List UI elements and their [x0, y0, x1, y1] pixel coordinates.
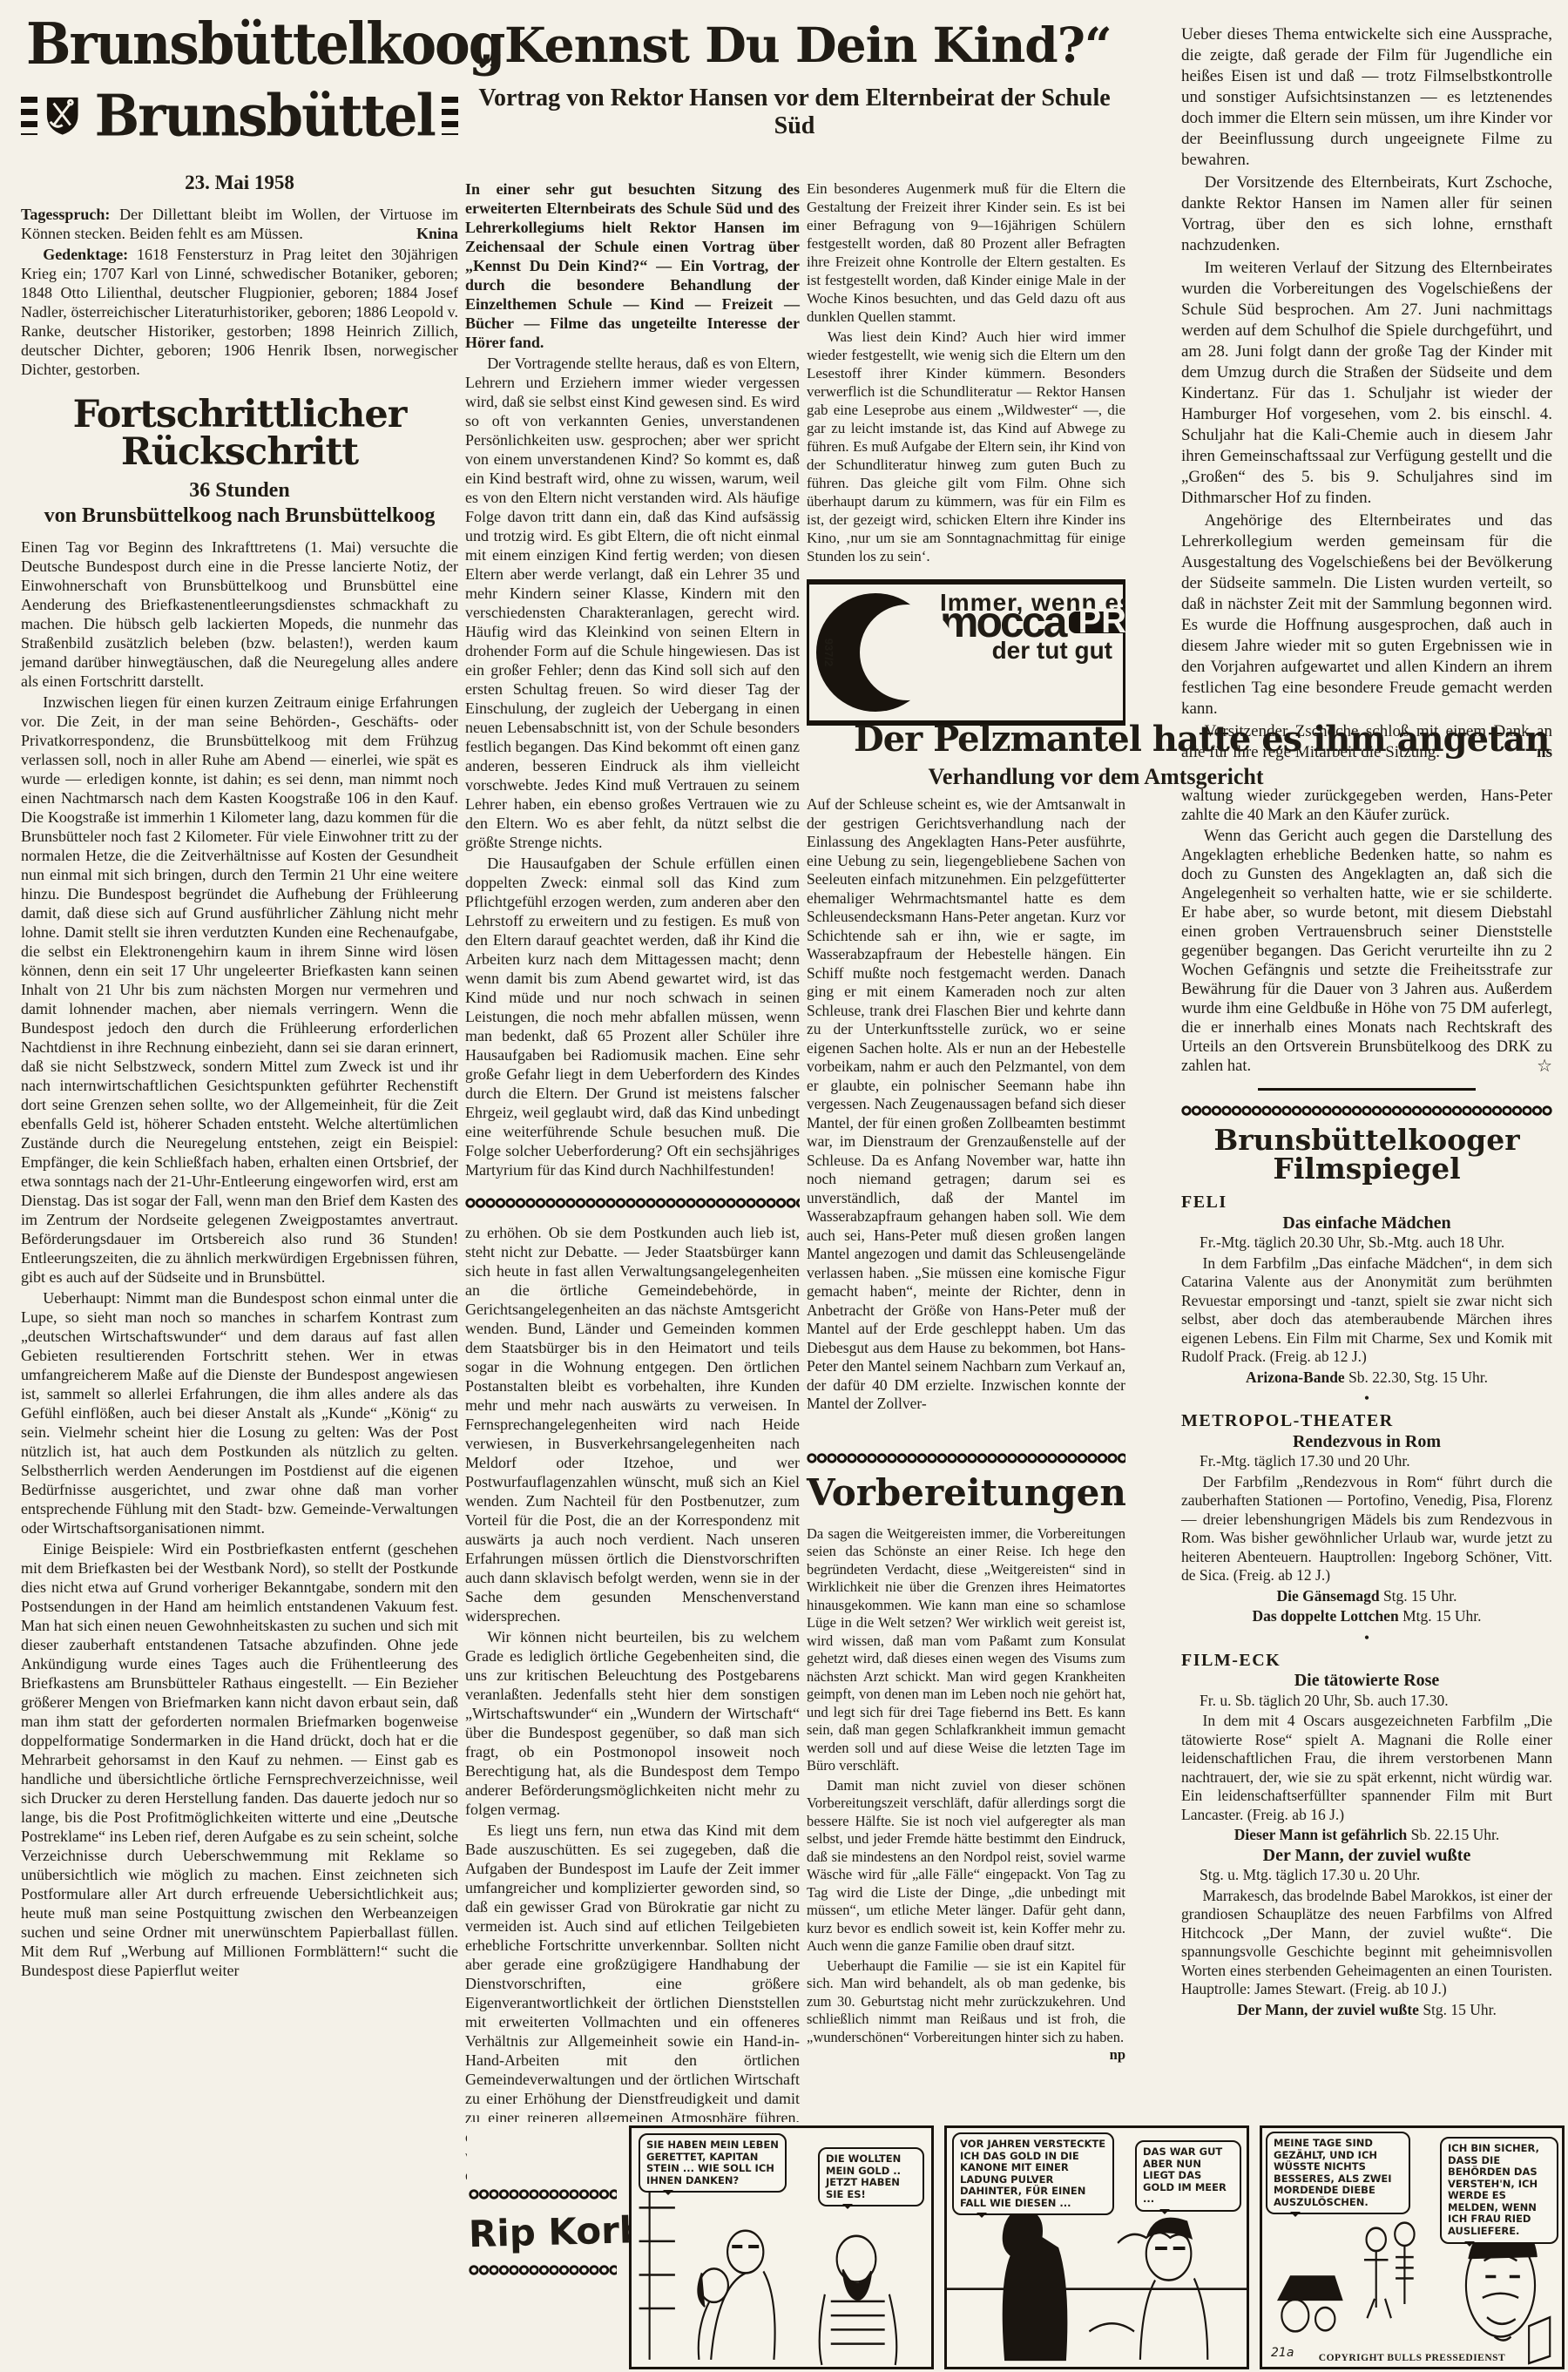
- cinema-name-metropol: METROPOL-THEATER: [1181, 1412, 1552, 1431]
- filmspiegel-listings: FELI Das einfache Mädchen Fr.-Mtg. tägli…: [1181, 1193, 1552, 2019]
- paragraph: waltung wieder zurückgegeben werden, Han…: [1181, 787, 1552, 825]
- paragraph-text: Wenn das Gericht auch gegen die Darstell…: [1181, 828, 1552, 1075]
- paragraph: Einen Tag vor Beginn des Inkrafttretens …: [21, 537, 458, 691]
- author-initials: np: [1090, 2046, 1125, 2065]
- film-extra: Arizona-Bande Sb. 22.30, Stg. 15 Uhr.: [1181, 1368, 1552, 1388]
- city-crest-icon: [44, 74, 80, 158]
- artist-signature: 21a: [1271, 2346, 1294, 2360]
- film-title: Das einfache Mädchen: [1181, 1214, 1552, 1233]
- comic-panel-1: SIE HABEN MEIN LEBEN GERETTET, KAPITAN S…: [629, 2125, 934, 2369]
- film-extra-title: Die Gänsemagd: [1276, 1587, 1379, 1605]
- kennst-lead: In einer sehr gut besuchten Sitzung des …: [465, 179, 800, 352]
- gedenktage: Gedenktage: 1618 Fenstersturz in Prag le…: [21, 245, 458, 379]
- paragraph: Wir können nicht beurteilen, bis zu welc…: [465, 1627, 800, 1819]
- masthead-title-top: Brunsbüttelkoog: [26, 16, 458, 73]
- speed-lines-right-icon: [442, 97, 458, 135]
- center-column-2-bottom: Auf der Schleuse scheint es, wie der Amt…: [807, 795, 1125, 2065]
- pelzmantel-column-1: Auf der Schleuse scheint es, wie der Amt…: [807, 795, 1125, 1414]
- braid-divider-icon: [1181, 1105, 1552, 1117]
- paragraph: Der Vortragende stellte heraus, daß es v…: [465, 354, 800, 852]
- paragraph: Damit man nicht zuviel von dieser schöne…: [807, 1777, 1125, 1956]
- comic-title: Rip Korby: [468, 2209, 617, 2255]
- film-times: Fr.-Mtg. täglich 17.30 und 20 Uhr.: [1181, 1452, 1552, 1471]
- kennst-column-2: Ein besonderes Augenmerk muß für die Elt…: [807, 179, 1125, 565]
- gedenktage-text: 1618 Fenstersturz in Prag leitet den 30j…: [21, 246, 458, 378]
- paragraph: Ein besonderes Augenmerk muß für die Elt…: [807, 179, 1125, 326]
- left-column: Brunsbüttelkoog Brunsbüttel 23. Mai 1958…: [21, 16, 458, 1980]
- daily-notes: Tagesspruch: Der Dillettant bleibt im Wo…: [21, 205, 458, 379]
- masthead-title-bottom: Brunsbüttel: [95, 87, 435, 145]
- film-extra-times: Stg. 15 Uhr.: [1423, 2001, 1497, 2018]
- film-review: Marrakesch, das brodelnde Babel Marokkos…: [1181, 1887, 1552, 1999]
- tagesspruch: Tagesspruch: Der Dillettant bleibt im Wo…: [21, 205, 458, 243]
- film-review: In dem Farbfilm „Das einfache Mädchen“, …: [1181, 1254, 1552, 1367]
- article-body-vorbereitungen: Da sagen die Weitgereisten immer, die Vo…: [807, 1525, 1125, 2047]
- film-extra-title: Arizona-Bande: [1246, 1368, 1345, 1386]
- cinema-name-filmeck: FILM-ECK: [1181, 1652, 1552, 1671]
- speech-bubble: VOR JAHREN VERSTECKTE ICH DAS GOLD IN DI…: [952, 2132, 1114, 2215]
- film-title: Die tätowierte Rose: [1181, 1672, 1552, 1691]
- section-dot: •: [1181, 1632, 1552, 1643]
- article-headline-kennst: „Kennst Du Dein Kind?“: [465, 21, 1124, 69]
- paragraph: Der Vorsitzende des Elternbeirats, Kurt …: [1181, 172, 1552, 256]
- film-extra-times: Stg. 15 Uhr.: [1383, 1587, 1457, 1605]
- film-extra: Die Gänsemagd Stg. 15 Uhr.: [1181, 1587, 1552, 1606]
- newspaper-page: Brunsbüttelkoog Brunsbüttel 23. Mai 1958…: [0, 0, 1568, 2372]
- article-headline-block-pelzmantel: Der Pelzmantel hatte es ihm angetan Verh…: [854, 722, 1338, 790]
- paragraph: Ueberhaupt: Nimmt man die Bundespost sch…: [21, 1288, 458, 1537]
- film-review: In dem mit 4 Oscars ausgezeichneten Farb…: [1181, 1712, 1552, 1824]
- comic-title-block: Rip Korby: [467, 2122, 629, 2369]
- center-column-2: Ein besonderes Augenmerk muß für die Elt…: [807, 179, 1125, 726]
- cinema-name-feli: FELI: [1181, 1193, 1552, 1213]
- article-subhead-2: von Brunsbüttelkoog nach Brunsbüttelkoog: [21, 503, 458, 529]
- paragraph: Ueber dieses Thema entwickelte sich eine…: [1181, 24, 1552, 171]
- right-column-bottom: waltung wieder zurückgegeben werden, Han…: [1181, 787, 1552, 2019]
- film-extra-title: Das doppelte Lottchen: [1252, 1607, 1398, 1625]
- film-extra-times: Sb. 22.30, Stg. 15 Uhr.: [1348, 1368, 1488, 1386]
- film-title: Der Mann, der zuviel wußte: [1181, 1847, 1552, 1866]
- article-subhead-1: 36 Stunden: [21, 478, 458, 503]
- masthead-row: Brunsbüttel: [21, 74, 458, 158]
- paragraph: Inzwischen liegen für einen kurzen Zeitr…: [21, 693, 458, 1287]
- rueckschritt-continuation: zu erhöhen. Ob sie dem Postkunden auch l…: [465, 1223, 800, 2185]
- speech-bubble: DIE WOLLTEN MEIN GOLD .. JETZT HABEN SIE…: [818, 2147, 924, 2206]
- section-rule: [1258, 1088, 1476, 1091]
- speech-bubble: ICH BIN SICHER, DASS DIE BEHÖRDEN DAS VE…: [1440, 2137, 1558, 2244]
- film-extra: Der Mann, der zuviel wußte Stg. 15 Uhr.: [1181, 2001, 1552, 2020]
- film-extra-title: Der Mann, der zuviel wußte: [1237, 2001, 1419, 2018]
- ad-brand-press: PRESS: [1069, 612, 1125, 633]
- braid-divider-icon: [807, 1452, 1125, 1464]
- right-column-top: Ueber dieses Thema entwickelte sich eine…: [1181, 24, 1552, 763]
- section-dot: •: [1181, 1393, 1552, 1403]
- speech-bubble: DAS WAR GUT ABER NUN LIEGT DAS GOLD IM M…: [1135, 2140, 1241, 2212]
- film-times: Fr.-Mtg. täglich 20.30 Uhr, Sb.-Mtg. auc…: [1181, 1233, 1552, 1253]
- copyright-line: COPYRIGHT BULLS PRESSEDIENST: [1319, 2353, 1505, 2363]
- kennst-column-1: In einer sehr gut besuchten Sitzung des …: [465, 179, 800, 1179]
- paragraph: Wenn das Gericht auch gegen die Darstell…: [1181, 827, 1552, 1076]
- issue-date: 23. Mai 1958: [21, 172, 458, 194]
- comic-panels: SIE HABEN MEIN LEBEN GERETTET, KAPITAN S…: [629, 2122, 1565, 2369]
- film-extra-times: Sb. 22.15 Uhr.: [1411, 1826, 1500, 1843]
- article-headline-rueckschritt: Fortschrittlicher Rückschritt: [21, 396, 458, 471]
- speech-bubble: SIE HABEN MEIN LEBEN GERETTET, KAPITAN S…: [639, 2133, 787, 2193]
- braid-divider-icon: [465, 1197, 800, 1209]
- article-body-rueckschritt: Einen Tag vor Beginn des Inkrafttretens …: [21, 537, 458, 1980]
- speech-bubble: MEINE TAGE SIND GEZÄHLT, UND ICH WÜSSTE …: [1266, 2132, 1410, 2214]
- paragraph: Angehörige des Elternbeirates und das Le…: [1181, 510, 1552, 720]
- comic-panel-2: VOR JAHREN VERSTECKTE ICH DAS GOLD IN DI…: [944, 2125, 1249, 2369]
- article-headline-vorbereitungen: Vorbereitungen: [807, 1475, 1125, 1511]
- gedenktage-label: Gedenktage:: [43, 246, 128, 263]
- film-times: Fr. u. Sb. täglich 20 Uhr, Sb. auch 17.3…: [1181, 1692, 1552, 1711]
- article-end-star: ☆: [1514, 1057, 1552, 1076]
- article-subhead-pelzmantel: Verhandlung vor dem Amtsgericht: [854, 764, 1338, 790]
- comic-panel-3: MEINE TAGE SIND GEZÄHLT, UND ICH WÜSSTE …: [1260, 2125, 1565, 2369]
- film-times: Stg. u. Mtg. täglich 17.30 u. 20 Uhr.: [1181, 1866, 1552, 1885]
- kennst-column-3: Ueber dieses Thema entwickelte sich eine…: [1181, 24, 1552, 763]
- center-column-1: In einer sehr gut besuchten Sitzung des …: [465, 179, 800, 2185]
- film-review: Der Farbfilm „Rendezvous in Rom“ führt d…: [1181, 1473, 1552, 1585]
- tagesspruch-label: Tagesspruch:: [21, 206, 110, 223]
- film-extra-title: Dieser Mann ist gefährlich: [1234, 1826, 1407, 1843]
- paragraph: Auf der Schleuse scheint es, wie der Amt…: [807, 795, 1125, 1414]
- paragraph: Was liest dein Kind? Auch hier wird imme…: [807, 328, 1125, 565]
- braid-divider-icon: [469, 2264, 617, 2276]
- paragraph-text: Ueberhaupt die Familie — sie ist ein Kap…: [807, 1957, 1125, 2045]
- tagesspruch-author: Knina: [416, 224, 458, 243]
- film-title: Rendezvous in Rom: [1181, 1433, 1552, 1452]
- braid-divider-icon: [469, 2188, 617, 2200]
- paragraph: Da sagen die Weitgereisten immer, die Vo…: [807, 1525, 1125, 1775]
- paragraph: Ueberhaupt die Familie — sie ist ein Kap…: [807, 1957, 1125, 2047]
- paragraph: zu erhöhen. Ob sie dem Postkunden auch l…: [465, 1223, 800, 1625]
- paragraph: Die Hausaufgaben der Schule erfüllen ein…: [465, 854, 800, 1179]
- film-extra: Dieser Mann ist gefährlich Sb. 22.15 Uhr…: [1181, 1826, 1552, 1845]
- article-subhead-kennst: Vortrag von Rektor Hansen vor dem Eltern…: [465, 84, 1124, 140]
- paragraph: Einige Beispiele: Wird ein Postbriefkast…: [21, 1539, 458, 1980]
- speed-lines-left-icon: [21, 97, 37, 135]
- paragraph: Im weiteren Verlauf der Sitzung des Elte…: [1181, 258, 1552, 509]
- filmspiegel-headline: Brunsbüttelkooger Filmspiegel: [1181, 1125, 1552, 1183]
- film-extra-times: Mtg. 15 Uhr.: [1402, 1607, 1481, 1625]
- article-headline-block-kennst: „Kennst Du Dein Kind?“ Vortrag von Rekto…: [465, 21, 1124, 140]
- ad-code: 937/2: [820, 639, 838, 667]
- film-extra: Das doppelte Lottchen Mtg. 15 Uhr.: [1181, 1607, 1552, 1626]
- comic-strip: Rip Korby SIE HABEN MEIN LEBEN GERETTET,…: [467, 2122, 1565, 2369]
- article-headline-pelzmantel: Der Pelzmantel hatte es ihm angetan: [854, 722, 1338, 757]
- pelzmantel-column-2: waltung wieder zurückgegeben werden, Han…: [1181, 787, 1552, 1076]
- mocca-press-ad: 937/2 Immer, wenn es eilt moccaPRESS der…: [807, 579, 1125, 726]
